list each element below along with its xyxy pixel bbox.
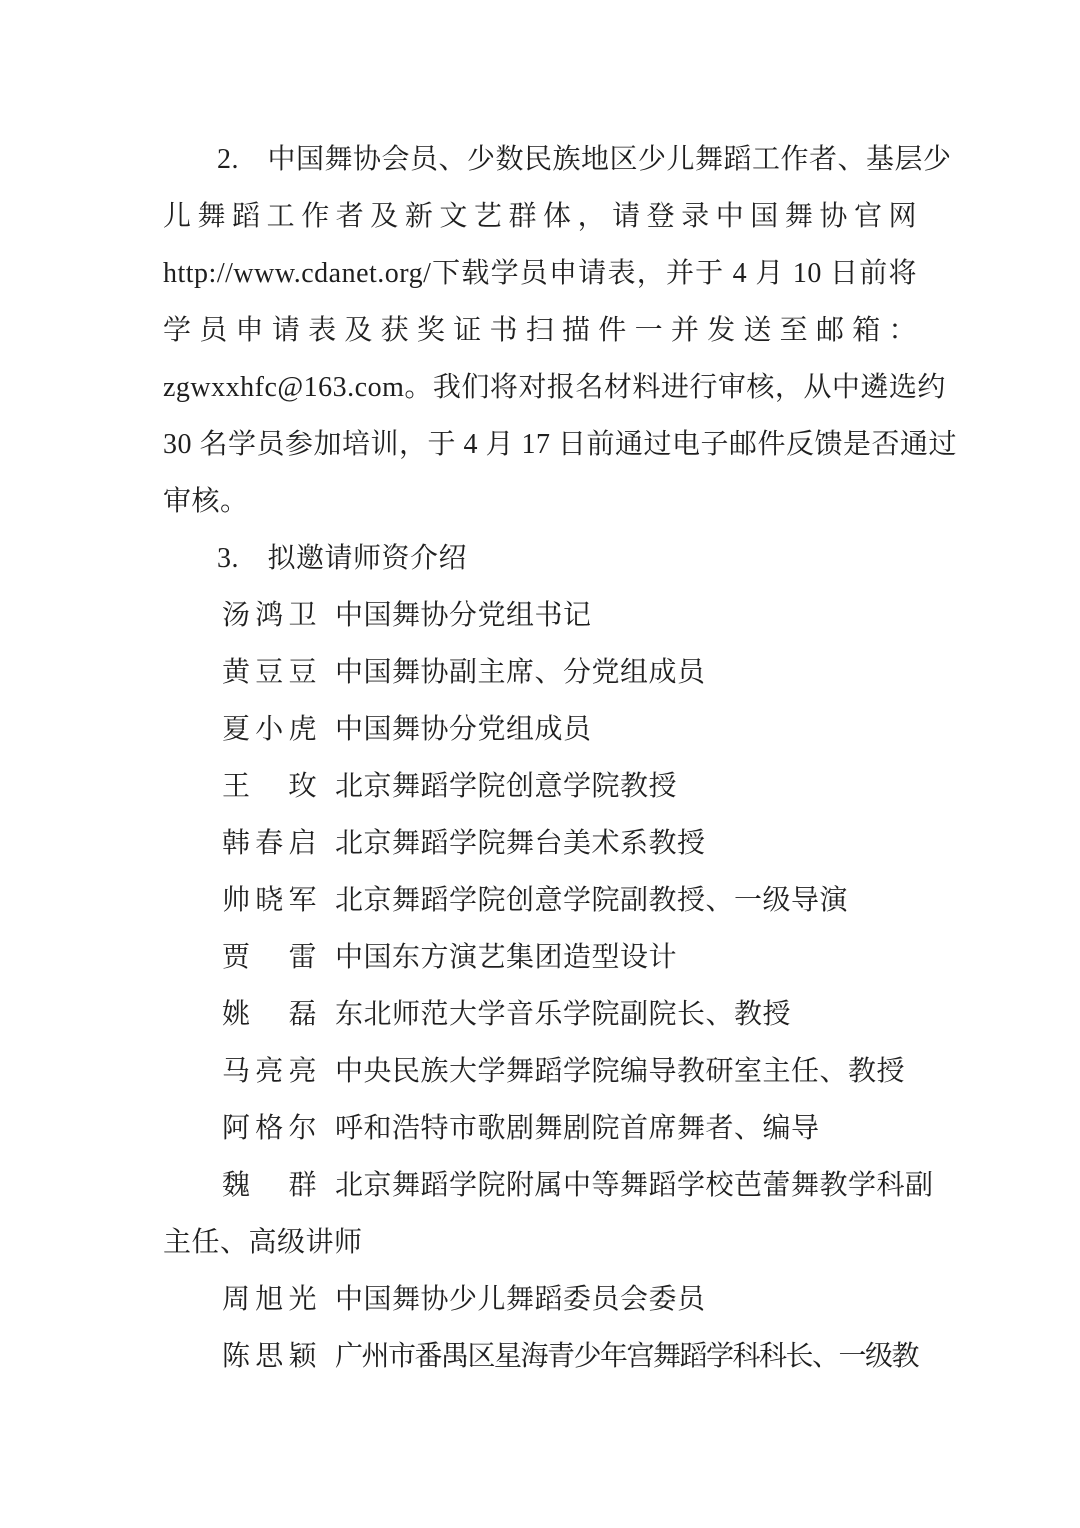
faculty-title: 中国东方演艺集团造型设计 (335, 942, 677, 973)
faculty-title: 北京舞蹈学院舞台美术系教授 (335, 828, 706, 859)
faculty-title: 中国舞协分党组书记 (335, 600, 592, 631)
document-text-block: 2. 中国舞协会员、少数民族地区少儿舞蹈工作者、基层少 儿舞蹈工作者及新文艺群体… (163, 131, 917, 1385)
faculty-title: 广州市番禺区星海青少年宫舞蹈学科科长、一级教 (335, 1341, 918, 1372)
faculty-title: 中国舞协副主席、分党组成员 (335, 657, 706, 688)
faculty-title: 呼和浩特市歌剧舞剧院首席舞者、编导 (335, 1113, 820, 1144)
faculty-title: 北京舞蹈学院创意学院副教授、一级导演 (335, 885, 848, 916)
faculty-name: 马亮亮 (222, 1043, 317, 1100)
faculty-row: 陈思颖广州市番禺区星海青少年宫舞蹈学科科长、一级教 (163, 1328, 917, 1385)
faculty-name: 阿格尔 (222, 1100, 317, 1157)
registration-paragraph-line: 审核。 (163, 473, 917, 530)
faculty-row: 帅晓军北京舞蹈学院创意学院副教授、一级导演 (163, 872, 917, 929)
faculty-row: 夏小虎中国舞协分党组成员 (163, 701, 917, 758)
registration-paragraph-line: zgwxxhfc@163.com。我们将对报名材料进行审核，从中遴选约 (163, 359, 917, 416)
faculty-title: 中国舞协分党组成员 (335, 714, 592, 745)
faculty-name: 魏群 (222, 1157, 317, 1214)
faculty-name: 夏小虎 (222, 701, 317, 758)
faculty-row: 汤鸿卫中国舞协分党组书记 (163, 587, 917, 644)
faculty-row: 王玫北京舞蹈学院创意学院教授 (163, 758, 917, 815)
registration-paragraph-line: 30 名学员参加培训，于 4 月 17 日前通过电子邮件反馈是否通过 (163, 416, 917, 473)
faculty-name: 陈思颖 (222, 1328, 317, 1385)
faculty-title: 东北师范大学音乐学院副院长、教授 (335, 999, 791, 1030)
faculty-title: 北京舞蹈学院创意学院教授 (335, 771, 677, 802)
faculty-name: 汤鸿卫 (222, 587, 317, 644)
faculty-row: 贾雷中国东方演艺集团造型设计 (163, 929, 917, 986)
faculty-row: 姚磊东北师范大学音乐学院副院长、教授 (163, 986, 917, 1043)
registration-paragraph-line: 学员申请表及获奖证书扫描件一并发送至邮箱： (163, 302, 917, 359)
registration-paragraph-line: 儿舞蹈工作者及新文艺群体，请登录中国舞协官网 (163, 188, 917, 245)
faculty-name: 王玫 (222, 758, 317, 815)
registration-paragraph-line: http://www.cdanet.org/下载学员申请表，并于 4 月 10 … (163, 245, 917, 302)
faculty-name: 姚磊 (222, 986, 317, 1043)
faculty-row: 周旭光中国舞协少儿舞蹈委员会委员 (163, 1271, 917, 1328)
faculty-title: 北京舞蹈学院附属中等舞蹈学校芭蕾舞教学科副 (335, 1170, 934, 1201)
faculty-title: 中央民族大学舞蹈学院编导教研室主任、教授 (335, 1056, 905, 1087)
faculty-name: 周旭光 (222, 1271, 317, 1328)
faculty-name: 贾雷 (222, 929, 317, 986)
faculty-row: 阿格尔呼和浩特市歌剧舞剧院首席舞者、编导 (163, 1100, 917, 1157)
registration-paragraph-line: 2. 中国舞协会员、少数民族地区少儿舞蹈工作者、基层少 (163, 131, 917, 188)
faculty-row: 黄豆豆中国舞协副主席、分党组成员 (163, 644, 917, 701)
faculty-name: 黄豆豆 (222, 644, 317, 701)
document-page: 2. 中国舞协会员、少数民族地区少儿舞蹈工作者、基层少 儿舞蹈工作者及新文艺群体… (0, 0, 1080, 1528)
faculty-title-continuation: 主任、高级讲师 (163, 1214, 917, 1271)
faculty-row: 马亮亮中央民族大学舞蹈学院编导教研室主任、教授 (163, 1043, 917, 1100)
faculty-section-heading: 3. 拟邀请师资介绍 (163, 530, 917, 587)
faculty-title: 中国舞协少儿舞蹈委员会委员 (335, 1284, 706, 1315)
faculty-row: 韩春启北京舞蹈学院舞台美术系教授 (163, 815, 917, 872)
faculty-row: 魏群北京舞蹈学院附属中等舞蹈学校芭蕾舞教学科副 (163, 1157, 917, 1214)
faculty-name: 帅晓军 (222, 872, 317, 929)
faculty-name: 韩春启 (222, 815, 317, 872)
